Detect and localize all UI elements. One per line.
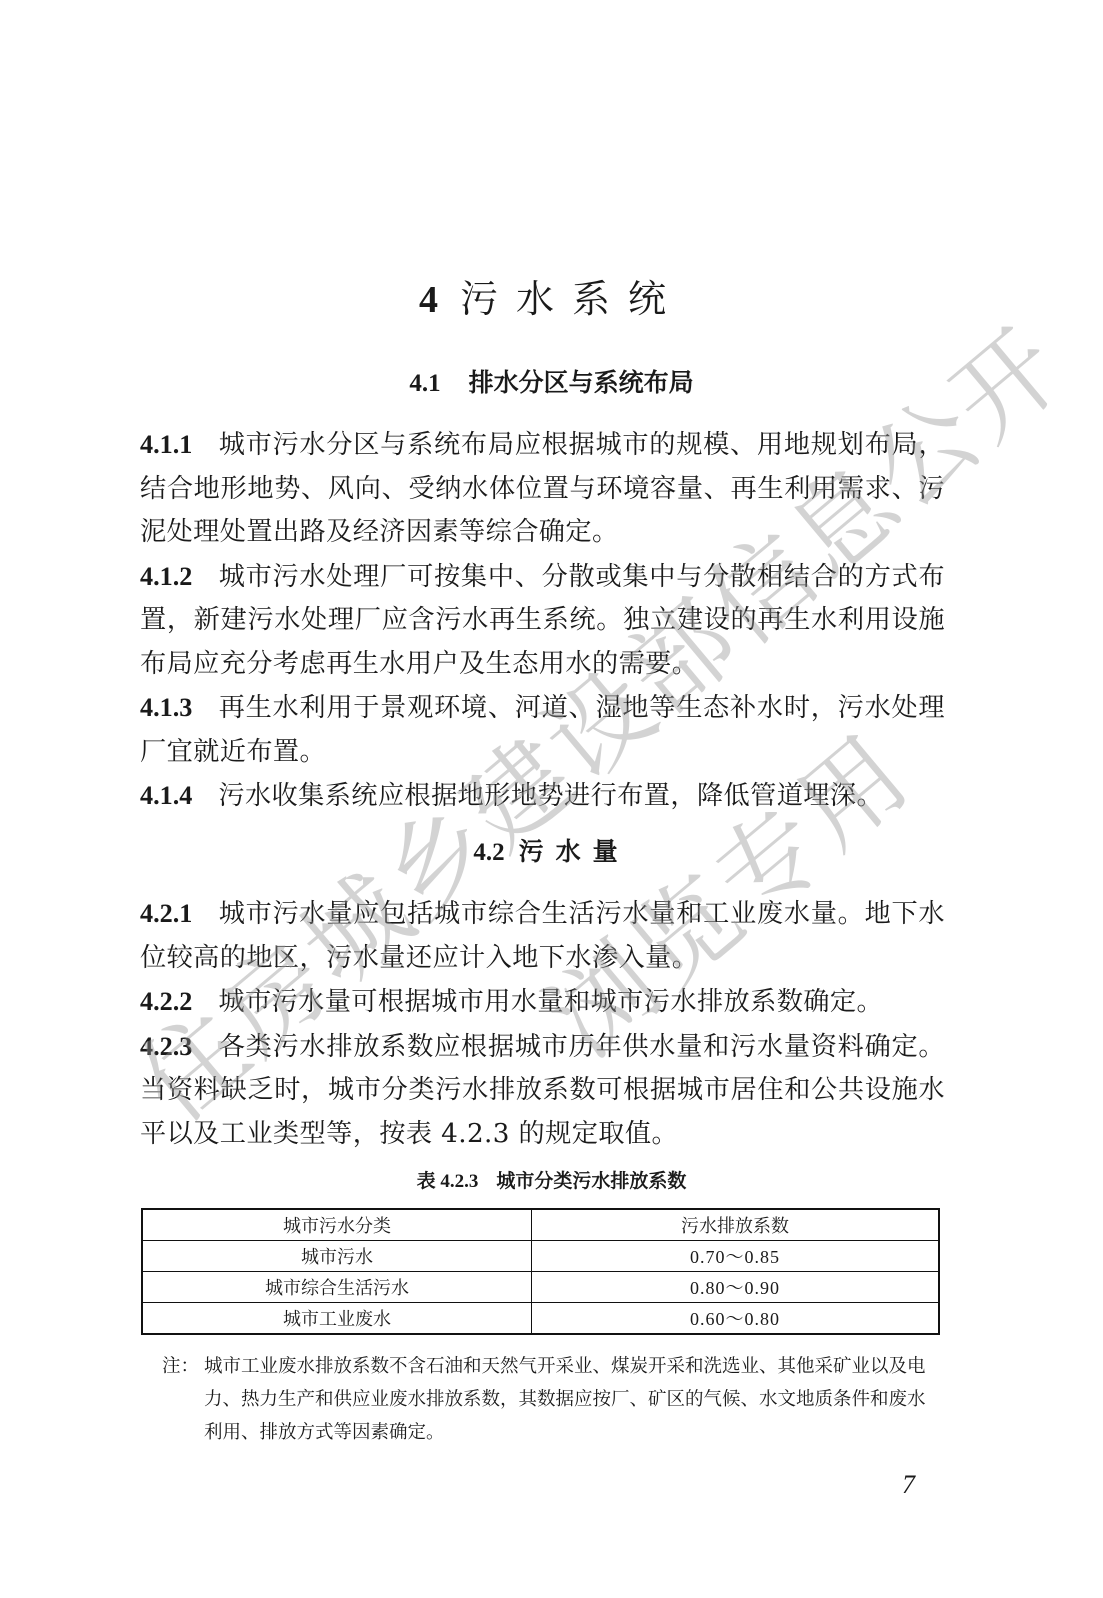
section-4-2-body: 4.2.1城市污水量应包括城市综合生活污水量和工业废水量。地下水位较高的地区，污… (140, 892, 945, 1156)
clause-text: 城市污水量可根据城市用水量和城市污水排放系数确定。 (218, 987, 883, 1017)
chapter-title-text: 污水系统 (460, 277, 684, 321)
section-title-4-1: 4.1排水分区与系统布局 (0, 363, 1103, 399)
clause-4-1-4: 4.1.4污水收集系统应根据地形地势进行布置，降低管道埋深。 (140, 774, 945, 819)
table-cell: 0.70～0.85 (532, 1241, 940, 1272)
section-title-4-2: 4.2污水量 (0, 832, 1103, 868)
clause-number: 4.2.2 (140, 987, 192, 1016)
table-title: 城市分类污水排放系数 (496, 1170, 686, 1192)
section-title-text: 污水量 (519, 837, 630, 866)
clause-4-1-3: 4.1.3再生水利用于景观环境、河道、湿地等生态补水时，污水处理厂宜就近布置。 (140, 686, 945, 774)
clause-4-1-1: 4.1.1城市污水分区与系统布局应根据城市的规模、用地规划布局，结合地形地势、风… (140, 423, 945, 555)
table-note: 注： 城市工业废水排放系数不含石油和天然气开采业、煤炭开采和洗选业、其他采矿业以… (162, 1350, 942, 1449)
table-row: 城市污水 0.70～0.85 (142, 1241, 939, 1272)
section-number: 4.1 (409, 370, 440, 397)
table-number: 表 4.2.3 (417, 1171, 479, 1192)
clause-text: 污水收集系统应根据地形地势进行布置，降低管道埋深。 (218, 781, 883, 811)
clause-4-2-2: 4.2.2城市污水量可根据城市用水量和城市污水排放系数确定。 (140, 980, 945, 1025)
clause-text: 各类污水排放系数应根据城市历年供水量和污水量资料确定。当资料缺乏时，城市分类污水… (140, 1032, 945, 1149)
table-cell: 0.80～0.90 (532, 1272, 940, 1303)
section-number: 4.2 (473, 839, 504, 866)
clause-number: 4.1.3 (140, 693, 192, 722)
clause-text: 城市污水量应包括城市综合生活污水量和工业废水量。地下水位较高的地区，污水量还应计… (140, 899, 945, 973)
page-number: 7 (902, 1470, 915, 1500)
clause-4-2-1: 4.2.1城市污水量应包括城市综合生活污水量和工业废水量。地下水位较高的地区，污… (140, 892, 945, 980)
clause-number: 4.2.3 (140, 1032, 192, 1061)
discharge-coefficient-table: 城市污水分类 污水排放系数 城市污水 0.70～0.85 城市综合生活污水 0.… (141, 1208, 940, 1335)
table-row: 城市综合生活污水 0.80～0.90 (142, 1272, 939, 1303)
document-page: 4污水系统 4.1排水分区与系统布局 4.1.1城市污水分区与系统布局应根据城市… (0, 0, 1103, 1598)
clause-number: 4.1.4 (140, 781, 192, 810)
clause-text: 城市污水处理厂可按集中、分散或集中与分散相结合的方式布置，新建污水处理厂应含污水… (140, 562, 945, 679)
table-cell: 城市综合生活污水 (142, 1272, 532, 1303)
section-title-text: 排水分区与系统布局 (469, 368, 694, 397)
table-row: 城市工业废水 0.60～0.80 (142, 1303, 939, 1335)
clause-4-2-3: 4.2.3各类污水排放系数应根据城市历年供水量和污水量资料确定。当资料缺乏时，城… (140, 1025, 945, 1157)
table-header-cell: 污水排放系数 (532, 1209, 940, 1241)
clause-text: 城市污水分区与系统布局应根据城市的规模、用地规划布局，结合地形地势、风向、受纳水… (140, 430, 945, 547)
chapter-number: 4 (419, 279, 438, 321)
table-header-row: 城市污水分类 污水排放系数 (142, 1209, 939, 1241)
clause-text: 再生水利用于景观环境、河道、湿地等生态补水时，污水处理厂宜就近布置。 (140, 693, 945, 767)
section-4-1-body: 4.1.1城市污水分区与系统布局应根据城市的规模、用地规划布局，结合地形地势、风… (140, 423, 945, 819)
table-cell: 0.60～0.80 (532, 1303, 940, 1335)
clause-4-1-2: 4.1.2城市污水处理厂可按集中、分散或集中与分散相结合的方式布置，新建污水处理… (140, 555, 945, 687)
note-text: 城市工业废水排放系数不含石油和天然气开采业、煤炭开采和洗选业、其他采矿业以及电力… (204, 1350, 942, 1449)
clause-number: 4.1.1 (140, 430, 192, 459)
clause-number: 4.2.1 (140, 899, 192, 928)
note-label: 注： (162, 1350, 199, 1383)
table-header-cell: 城市污水分类 (142, 1209, 532, 1241)
table-cell: 城市工业废水 (142, 1303, 532, 1335)
table-cell: 城市污水 (142, 1241, 532, 1272)
chapter-title: 4污水系统 (0, 268, 1103, 323)
clause-number: 4.1.2 (140, 562, 192, 591)
table-caption: 表 4.2.3城市分类污水排放系数 (0, 1166, 1103, 1193)
